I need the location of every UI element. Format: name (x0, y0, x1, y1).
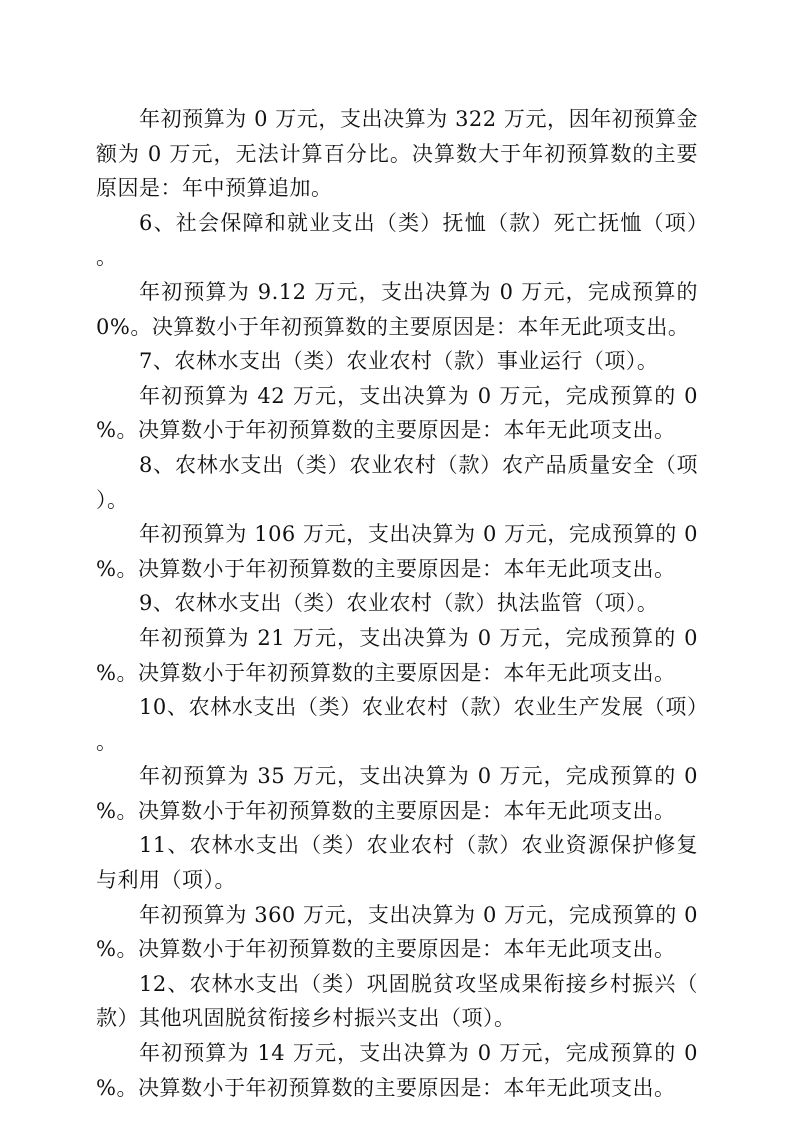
paragraph-item-6-budget-note: 年初预算为 9.12 万元，支出决算为 0 万元，完成预算的 0%。决算数小于年… (96, 275, 698, 344)
paragraph-item-10-budget-note: 年初预算为 35 万元，支出决算为 0 万元，完成预算的 0%。决算数小于年初预… (96, 759, 698, 828)
heading-item-7: 7、农林水支出（类）农业农村（款）事业运行（项）。 (96, 344, 698, 379)
paragraph-item-11-budget-note: 年初预算为 360 万元，支出决算为 0 万元，完成预算的 0%。决算数小于年初… (96, 898, 698, 967)
paragraph-item-12-budget-note: 年初预算为 14 万元，支出决算为 0 万元，完成预算的 0%。决算数小于年初预… (96, 1036, 698, 1105)
heading-item-6: 6、社会保障和就业支出（类）抚恤（款）死亡抚恤（项）。 (96, 206, 698, 275)
paragraph-item-5-budget-note: 年初预算为 0 万元，支出决算为 322 万元，因年初预算金额为 0 万元，无法… (96, 102, 698, 206)
heading-item-11: 11、农林水支出（类）农业农村（款）农业资源保护修复与利用（项）。 (96, 828, 698, 897)
paragraph-item-7-budget-note: 年初预算为 42 万元，支出决算为 0 万元，完成预算的 0%。决算数小于年初预… (96, 379, 698, 448)
heading-item-8: 8、农林水支出（类）农业农村（款）农产品质量安全（项）。 (96, 448, 698, 517)
paragraph-item-9-budget-note: 年初预算为 21 万元，支出决算为 0 万元，完成预算的 0%。决算数小于年初预… (96, 621, 698, 690)
heading-item-10: 10、农林水支出（类）农业农村（款）农业生产发展（项）。 (96, 690, 698, 759)
document-page: 年初预算为 0 万元，支出决算为 322 万元，因年初预算金额为 0 万元，无法… (96, 102, 698, 1105)
heading-item-12: 12、农林水支出（类）巩固脱贫攻坚成果衔接乡村振兴（款）其他巩固脱贫衔接乡村振兴… (96, 967, 698, 1036)
paragraph-item-8-budget-note: 年初预算为 106 万元，支出决算为 0 万元，完成预算的 0%。决算数小于年初… (96, 517, 698, 586)
heading-item-9: 9、农林水支出（类）农业农村（款）执法监管（项）。 (96, 586, 698, 621)
